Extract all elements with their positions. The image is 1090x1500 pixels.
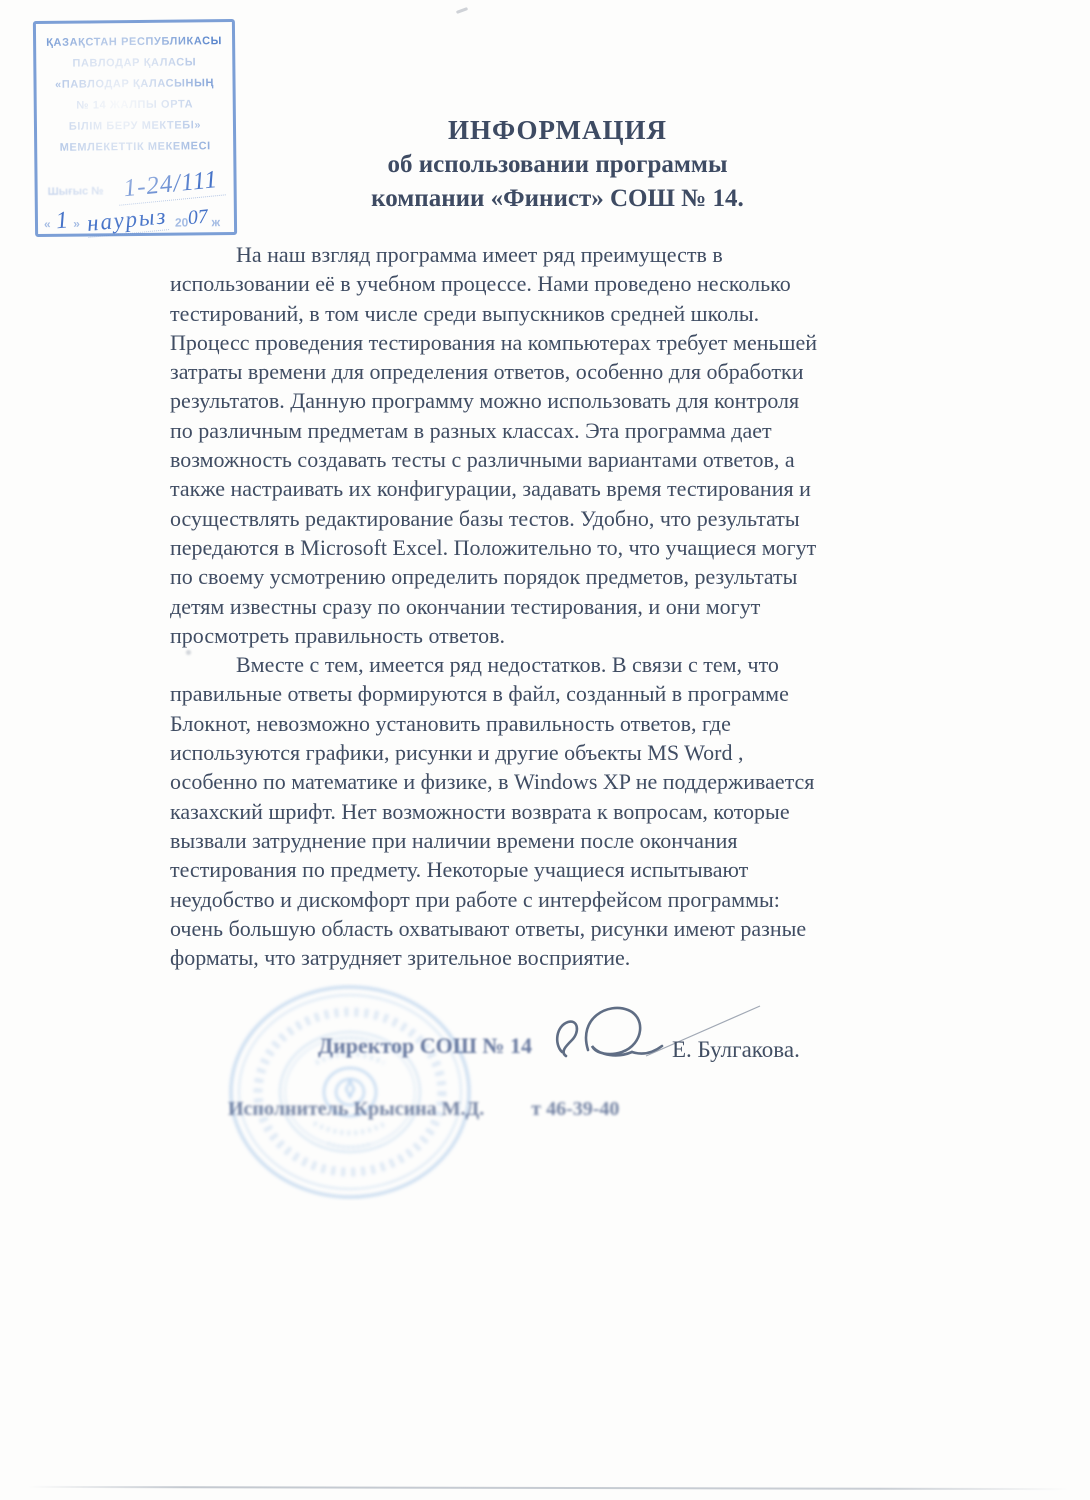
- body-text-line: вызвали затруднение при наличии времени …: [170, 826, 955, 855]
- stamp-org-line: ҚАЗАҚСТАН РЕСПУБЛИКАСЫ: [36, 31, 232, 54]
- body-text-line: просмотреть правильность ответов.: [170, 621, 955, 650]
- stamp-date-quote-close: »: [73, 217, 80, 231]
- stamp-org-line: ПАВЛОДАР ҚАЛАСЫ: [36, 52, 232, 75]
- executor-phone: т 46-39-40: [531, 1098, 619, 1120]
- body-text-line: возможность создавать тесты с различными…: [170, 445, 955, 474]
- stamp-date-year-printed: 20: [175, 215, 189, 229]
- executor-name: Исполнитель Крысина М.Д.: [228, 1098, 484, 1120]
- scan-artifact-dash: [456, 7, 468, 14]
- body-text-line: детям известны сразу по окончании тестир…: [170, 592, 955, 621]
- paragraph-drawbacks: Вместе с тем, имеется ряд недостатков. В…: [170, 650, 955, 972]
- body-text-line: Блокнот, невозможно установить правильно…: [170, 709, 955, 738]
- paragraph-advantages: На наш взгляд программа имеет ряд преиму…: [170, 240, 955, 650]
- body-text-line: неудобство и дискомфорт при работе с инт…: [170, 885, 955, 914]
- document-title: ИНФОРМАЦИЯ об использовании программы ко…: [170, 112, 945, 216]
- body-text-line: по своему усмотрению определить порядок …: [170, 562, 955, 591]
- body-text-line: очень большую область охватывают ответы,…: [170, 914, 955, 943]
- body-text-line: Процесс проведения тестирования на компь…: [170, 328, 955, 357]
- stamp-date-day-handwritten: 1: [55, 207, 70, 235]
- executor-row: Исполнитель Крысина М.Д. т 46-39-40: [228, 1098, 619, 1121]
- body-text-line: особенно по математике и физике, в Windo…: [170, 767, 955, 796]
- body-text-line: правильные ответы формируются в файл, со…: [170, 679, 955, 708]
- body-text-line: осуществлять редактирование базы тестов.…: [170, 504, 955, 533]
- scanned-letter-page: ҚАЗАҚСТАН РЕСПУБЛИКАСЫПАВЛОДАР ҚАЛАСЫ«ПА…: [0, 0, 1090, 1500]
- body-text-line: тестирования по предмету. Некоторые учащ…: [170, 855, 955, 884]
- signature-name: Е. Булгакова.: [672, 1037, 800, 1063]
- body-text-line: тестирований, в том числе среди выпускни…: [170, 299, 955, 328]
- body-text-line: На наш взгляд программа имеет ряд преиму…: [170, 240, 955, 269]
- stamp-date-year-suffix: ж: [211, 215, 220, 229]
- title-line-1: ИНФОРМАЦИЯ: [170, 112, 945, 148]
- title-line-3: компании «Финист» СОШ № 14.: [170, 182, 945, 216]
- body-text-line: затраты времени для определения ответов,…: [170, 357, 955, 386]
- body-text-line: используются графики, рисунки и другие о…: [170, 738, 955, 767]
- body-text-line: форматы, что затрудняет зрительное воспр…: [170, 943, 955, 972]
- scan-artifact-dot: [186, 650, 191, 655]
- body-text-line: по различным предметам в разных классах.…: [170, 416, 955, 445]
- stamp-org-line: «ПАВЛОДАР ҚАЛАСЫНЫҢ: [36, 73, 232, 96]
- body-text-line: Вместе с тем, имеется ряд недостатков. В…: [170, 650, 955, 679]
- body-text-line: передаются в Microsoft Excel. Положитель…: [170, 533, 955, 562]
- body-text: На наш взгляд программа имеет ряд преиму…: [170, 240, 955, 972]
- round-official-seal: [226, 983, 474, 1201]
- signature-position-label: Директор СОШ № 14: [318, 1033, 532, 1059]
- title-line-2: об использовании программы: [170, 148, 945, 182]
- body-text-line: казахский шрифт. Нет возможности возврат…: [170, 797, 955, 826]
- body-text-line: также настраивать их конфигурации, задав…: [170, 474, 955, 503]
- scan-artifact-bottom-line: [28, 1486, 1068, 1490]
- stamp-outgoing-label: Шығыс №: [48, 185, 104, 200]
- stamp-date-month-handwritten: наурыз: [86, 203, 169, 238]
- body-text-line: использовании её в учебном процессе. Нам…: [170, 269, 955, 298]
- stamp-date-quote-open: «: [44, 217, 51, 231]
- body-text-line: результатов. Данную программу можно испо…: [170, 386, 955, 415]
